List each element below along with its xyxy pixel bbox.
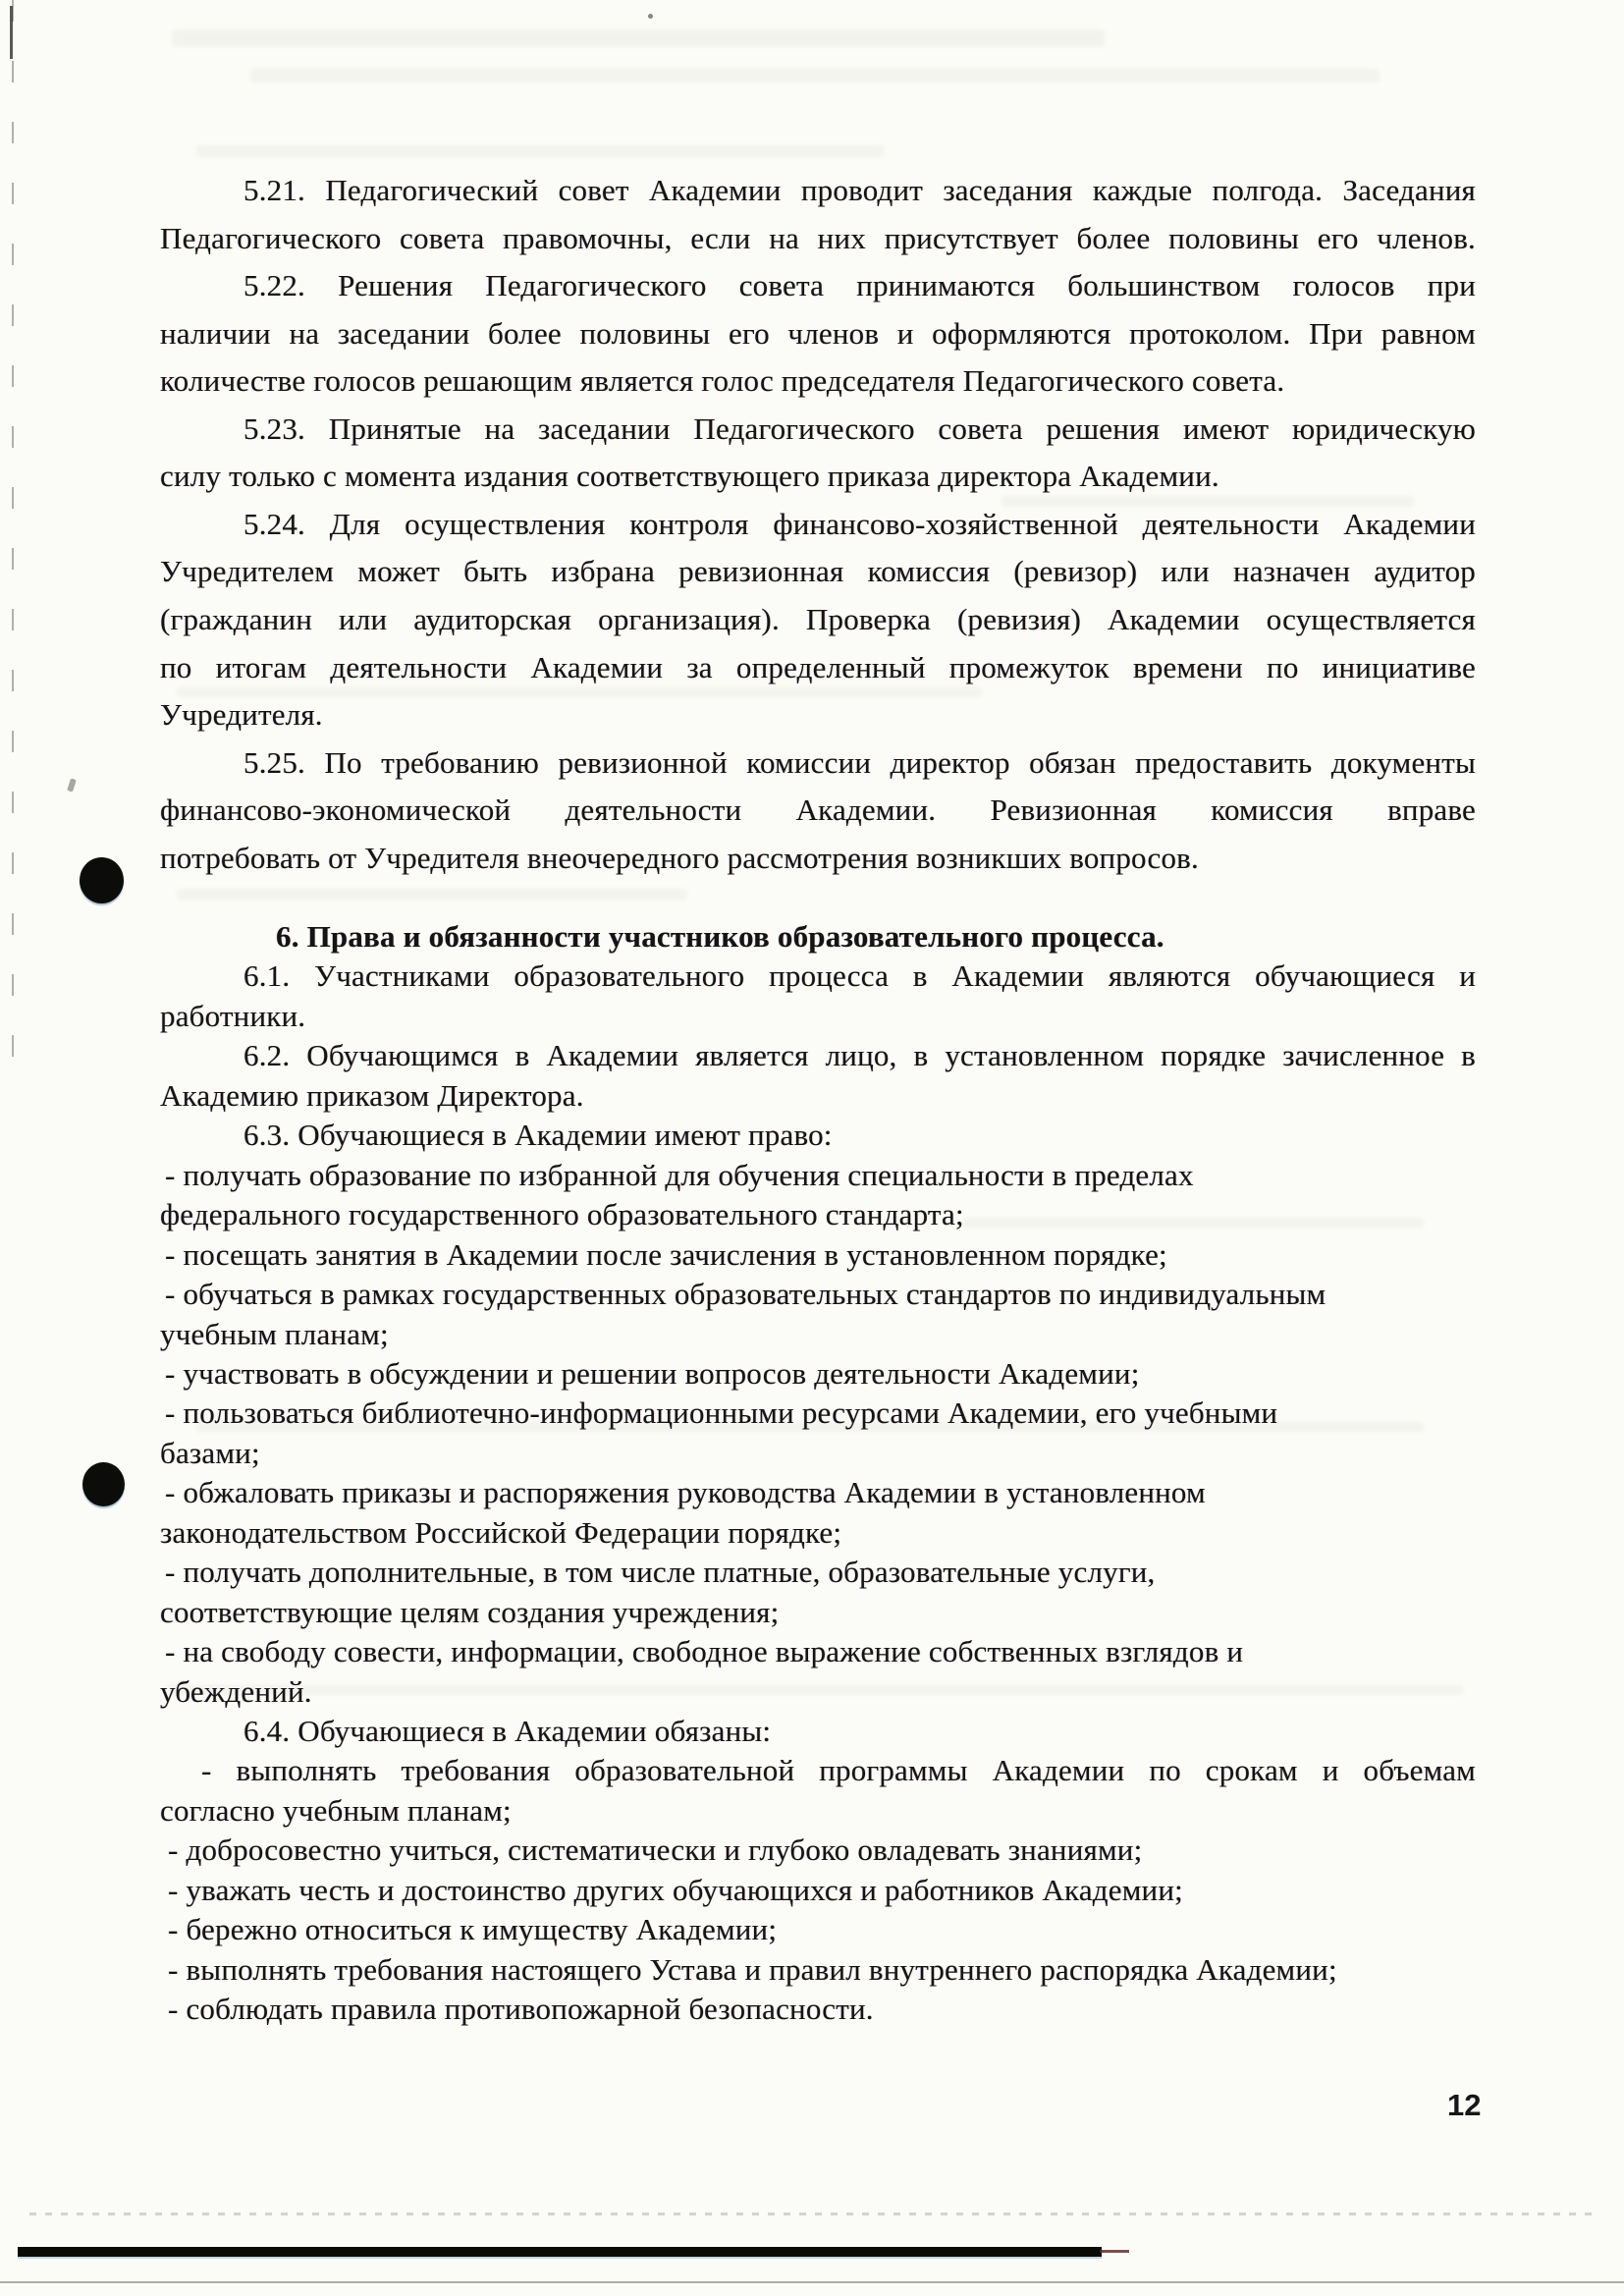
text-line: - обжаловать приказы и распоряжения руко… — [160, 1475, 1476, 1511]
text-line: 5.25. По требованию ревизионной комиссии… — [160, 745, 1476, 782]
text-line: Учредителем может быть избрана ревизионн… — [160, 554, 1476, 590]
top-dot-mark — [648, 14, 653, 19]
text-line: законодательством Российской Федерации п… — [160, 1515, 1476, 1552]
text-line: 6.4. Обучающиеся в Академии обязаны: — [160, 1714, 1476, 1750]
bottom-scan-bar-tail — [1100, 2250, 1129, 2253]
text-line: 6.2. Обучающимся в Академии является лиц… — [160, 1038, 1476, 1074]
text-line: - на свободу совести, информации, свобод… — [160, 1634, 1476, 1670]
text-line: 6.3. Обучающиеся в Академии имеют право: — [160, 1118, 1476, 1154]
text-line: - добросовестно учиться, систематически … — [160, 1832, 1476, 1869]
text-line: - пользоваться библиотечно-информационны… — [160, 1395, 1476, 1432]
speckle-line — [29, 2213, 1600, 2215]
bottom-edge-line — [0, 2281, 1624, 2283]
section-6: 6. Права и обязанности участников образо… — [160, 919, 1476, 2042]
text-line: работники. — [160, 999, 1476, 1035]
text-line: - участвовать в обсуждении и решении воп… — [160, 1356, 1476, 1393]
text-line: 6.1. Участниками образовательного процес… — [160, 958, 1476, 995]
text-line: 5.24. Для осуществления контроля финансо… — [160, 507, 1476, 543]
section-5-paragraphs: 5.21. Педагогический совет Академии пров… — [160, 173, 1476, 898]
text-line: количестве голосов решающим является гол… — [160, 363, 1476, 400]
bottom-scan-bar — [18, 2247, 1102, 2257]
text-line: наличии на заседании более половины его … — [160, 316, 1476, 353]
text-line: - посещать занятия в Академии после зачи… — [160, 1237, 1476, 1274]
text-line: (гражданин или аудиторская организация).… — [160, 602, 1476, 638]
scan-smudge — [172, 29, 1105, 47]
text-line: финансово-экономической деятельности Ака… — [160, 793, 1476, 829]
top-left-edge-mark — [10, 6, 13, 59]
left-margin-mark — [67, 778, 77, 792]
text-line: базами; — [160, 1436, 1476, 1472]
text-line: - получать дополнительные, в том числе п… — [160, 1555, 1476, 1591]
text-line: силу только с момента издания соответств… — [160, 459, 1476, 495]
text-line: - выполнять требования настоящего Устава… — [160, 1952, 1476, 1989]
section-heading: 6. Права и обязанности участников образо… — [160, 919, 1476, 956]
text-line: - обучаться в рамках государственных обр… — [160, 1277, 1476, 1313]
text-line: Академию приказом Директора. — [160, 1078, 1476, 1115]
text-line: по итогам деятельности Академии за опред… — [160, 650, 1476, 686]
text-line: Педагогического совета правомочны, если … — [160, 221, 1476, 257]
hole-punch-mark — [82, 1462, 125, 1506]
text-line: учебным планам; — [160, 1317, 1476, 1353]
text-line: - соблюдать правила противопожарной безо… — [160, 1992, 1476, 2028]
text-line: - выполнять требования образовательной п… — [160, 1753, 1476, 1789]
text-line: Учредителя. — [160, 697, 1476, 734]
hole-punch-mark — [80, 857, 124, 903]
text-line: 5.21. Педагогический совет Академии пров… — [160, 173, 1476, 209]
page-number: 12 — [1447, 2088, 1481, 2123]
page: 5.21. Педагогический совет Академии пров… — [0, 0, 1624, 2296]
scan-smudge — [196, 145, 884, 157]
text-line: согласно учебным планам; — [160, 1793, 1476, 1830]
text-line: убеждений. — [160, 1674, 1476, 1711]
text-line: федерального государственного образовате… — [160, 1197, 1476, 1233]
text-line: - уважать честь и достоинство других обу… — [160, 1873, 1476, 1909]
text-line: 5.23. Принятые на заседании Педагогическ… — [160, 411, 1476, 448]
text-line: 5.22. Решения Педагогического совета при… — [160, 268, 1476, 304]
text-line: - бережно относиться к имуществу Академи… — [160, 1912, 1476, 1948]
left-edge-dash-line — [12, 0, 14, 1080]
text-line: - получать образование по избранной для … — [160, 1158, 1476, 1194]
text-line: потребовать от Учредителя внеочередного … — [160, 841, 1476, 877]
text-line: соответствующие целям создания учреждени… — [160, 1595, 1476, 1631]
scan-smudge — [250, 69, 1380, 82]
